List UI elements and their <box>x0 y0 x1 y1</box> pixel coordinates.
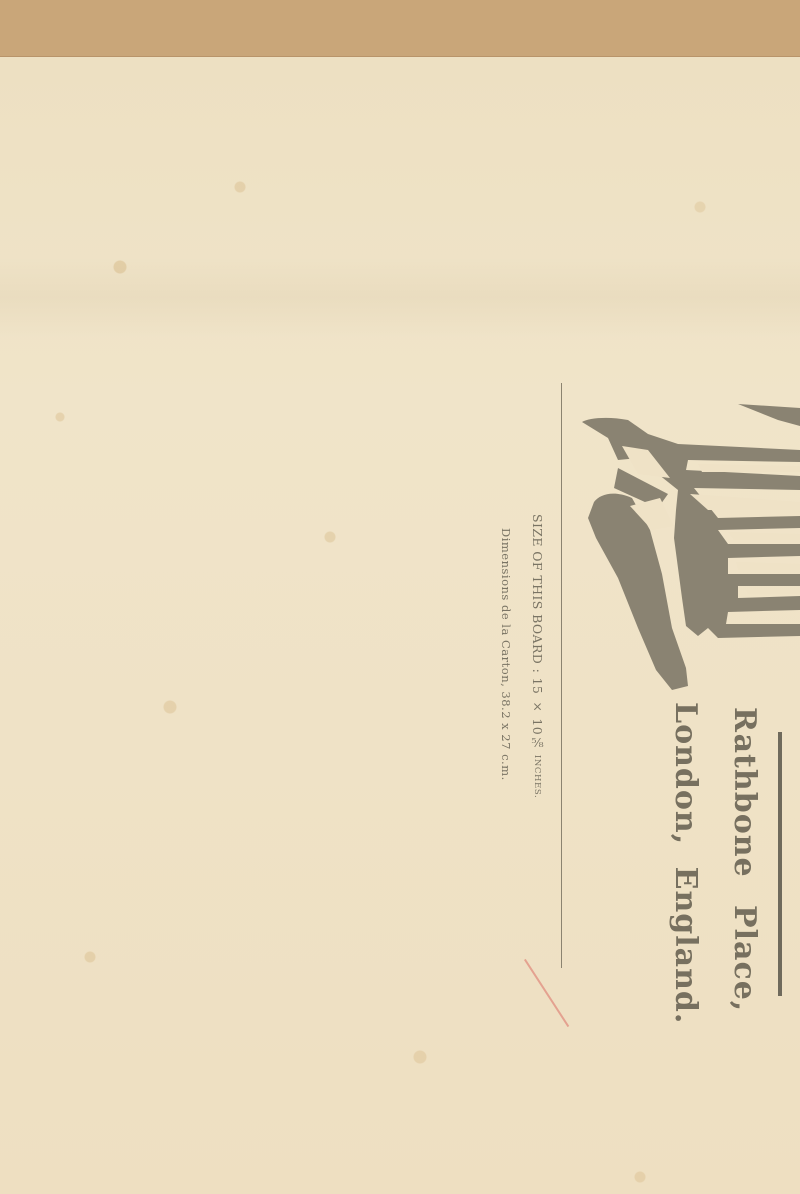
address-line-2: London, England. <box>668 702 703 1024</box>
address-line-1: Rathbone Place, <box>727 707 762 1012</box>
board-dimensions-label: Dimensions de la Carton, 38.2 x 27 c.m. <box>499 528 513 781</box>
vertical-rule-right <box>778 732 782 996</box>
board-edge-band <box>0 0 800 57</box>
fold-shadow <box>0 257 800 337</box>
board-size-label: SIZE OF THIS BOARD : 15 × 10⅝ INCHES. <box>530 514 545 798</box>
woodcut-emblem-icon <box>578 398 800 690</box>
board-size-text: SIZE OF THIS BOARD : 15 × 10⅝ <box>530 514 545 755</box>
vertical-rule-left <box>561 383 562 968</box>
board-size-unit: INCHES. <box>532 755 542 798</box>
